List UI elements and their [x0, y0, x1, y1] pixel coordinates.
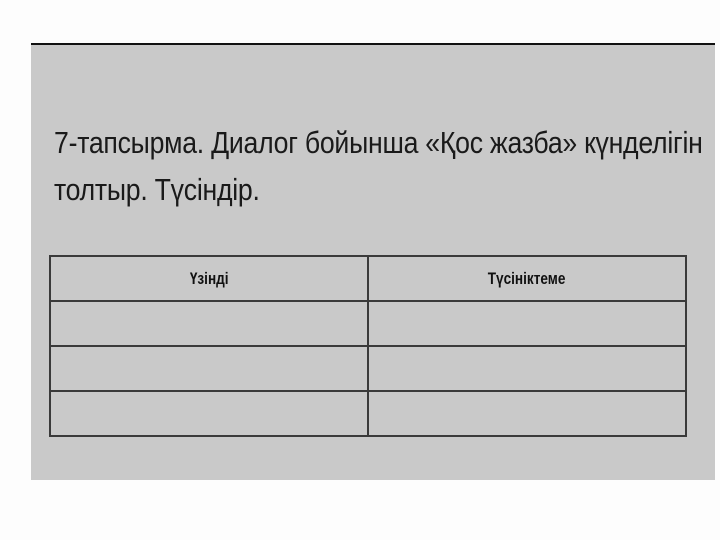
cell-explanation[interactable]	[368, 301, 686, 346]
title-line-2: толтыр. Түсіндір.	[54, 166, 613, 213]
cell-explanation[interactable]	[368, 346, 686, 391]
table-row	[50, 391, 686, 436]
table-row	[50, 346, 686, 391]
double-entry-journal-table: Үзінді Түсініктеме	[49, 255, 687, 437]
header-explanation: Түсініктеме	[368, 256, 686, 301]
table-header-row: Үзінді Түсініктеме	[50, 256, 686, 301]
table-row	[50, 301, 686, 346]
cell-excerpt[interactable]	[50, 391, 368, 436]
cell-excerpt[interactable]	[50, 301, 368, 346]
task-title: 7-тапсырма. Диалог бойынша «Қос жазба» к…	[54, 119, 613, 213]
cell-explanation[interactable]	[368, 391, 686, 436]
slide: 7-тапсырма. Диалог бойынша «Қос жазба» к…	[31, 43, 715, 480]
title-line-1: 7-тапсырма. Диалог бойынша «Қос жазба» к…	[54, 119, 613, 166]
header-excerpt: Үзінді	[50, 256, 368, 301]
cell-excerpt[interactable]	[50, 346, 368, 391]
